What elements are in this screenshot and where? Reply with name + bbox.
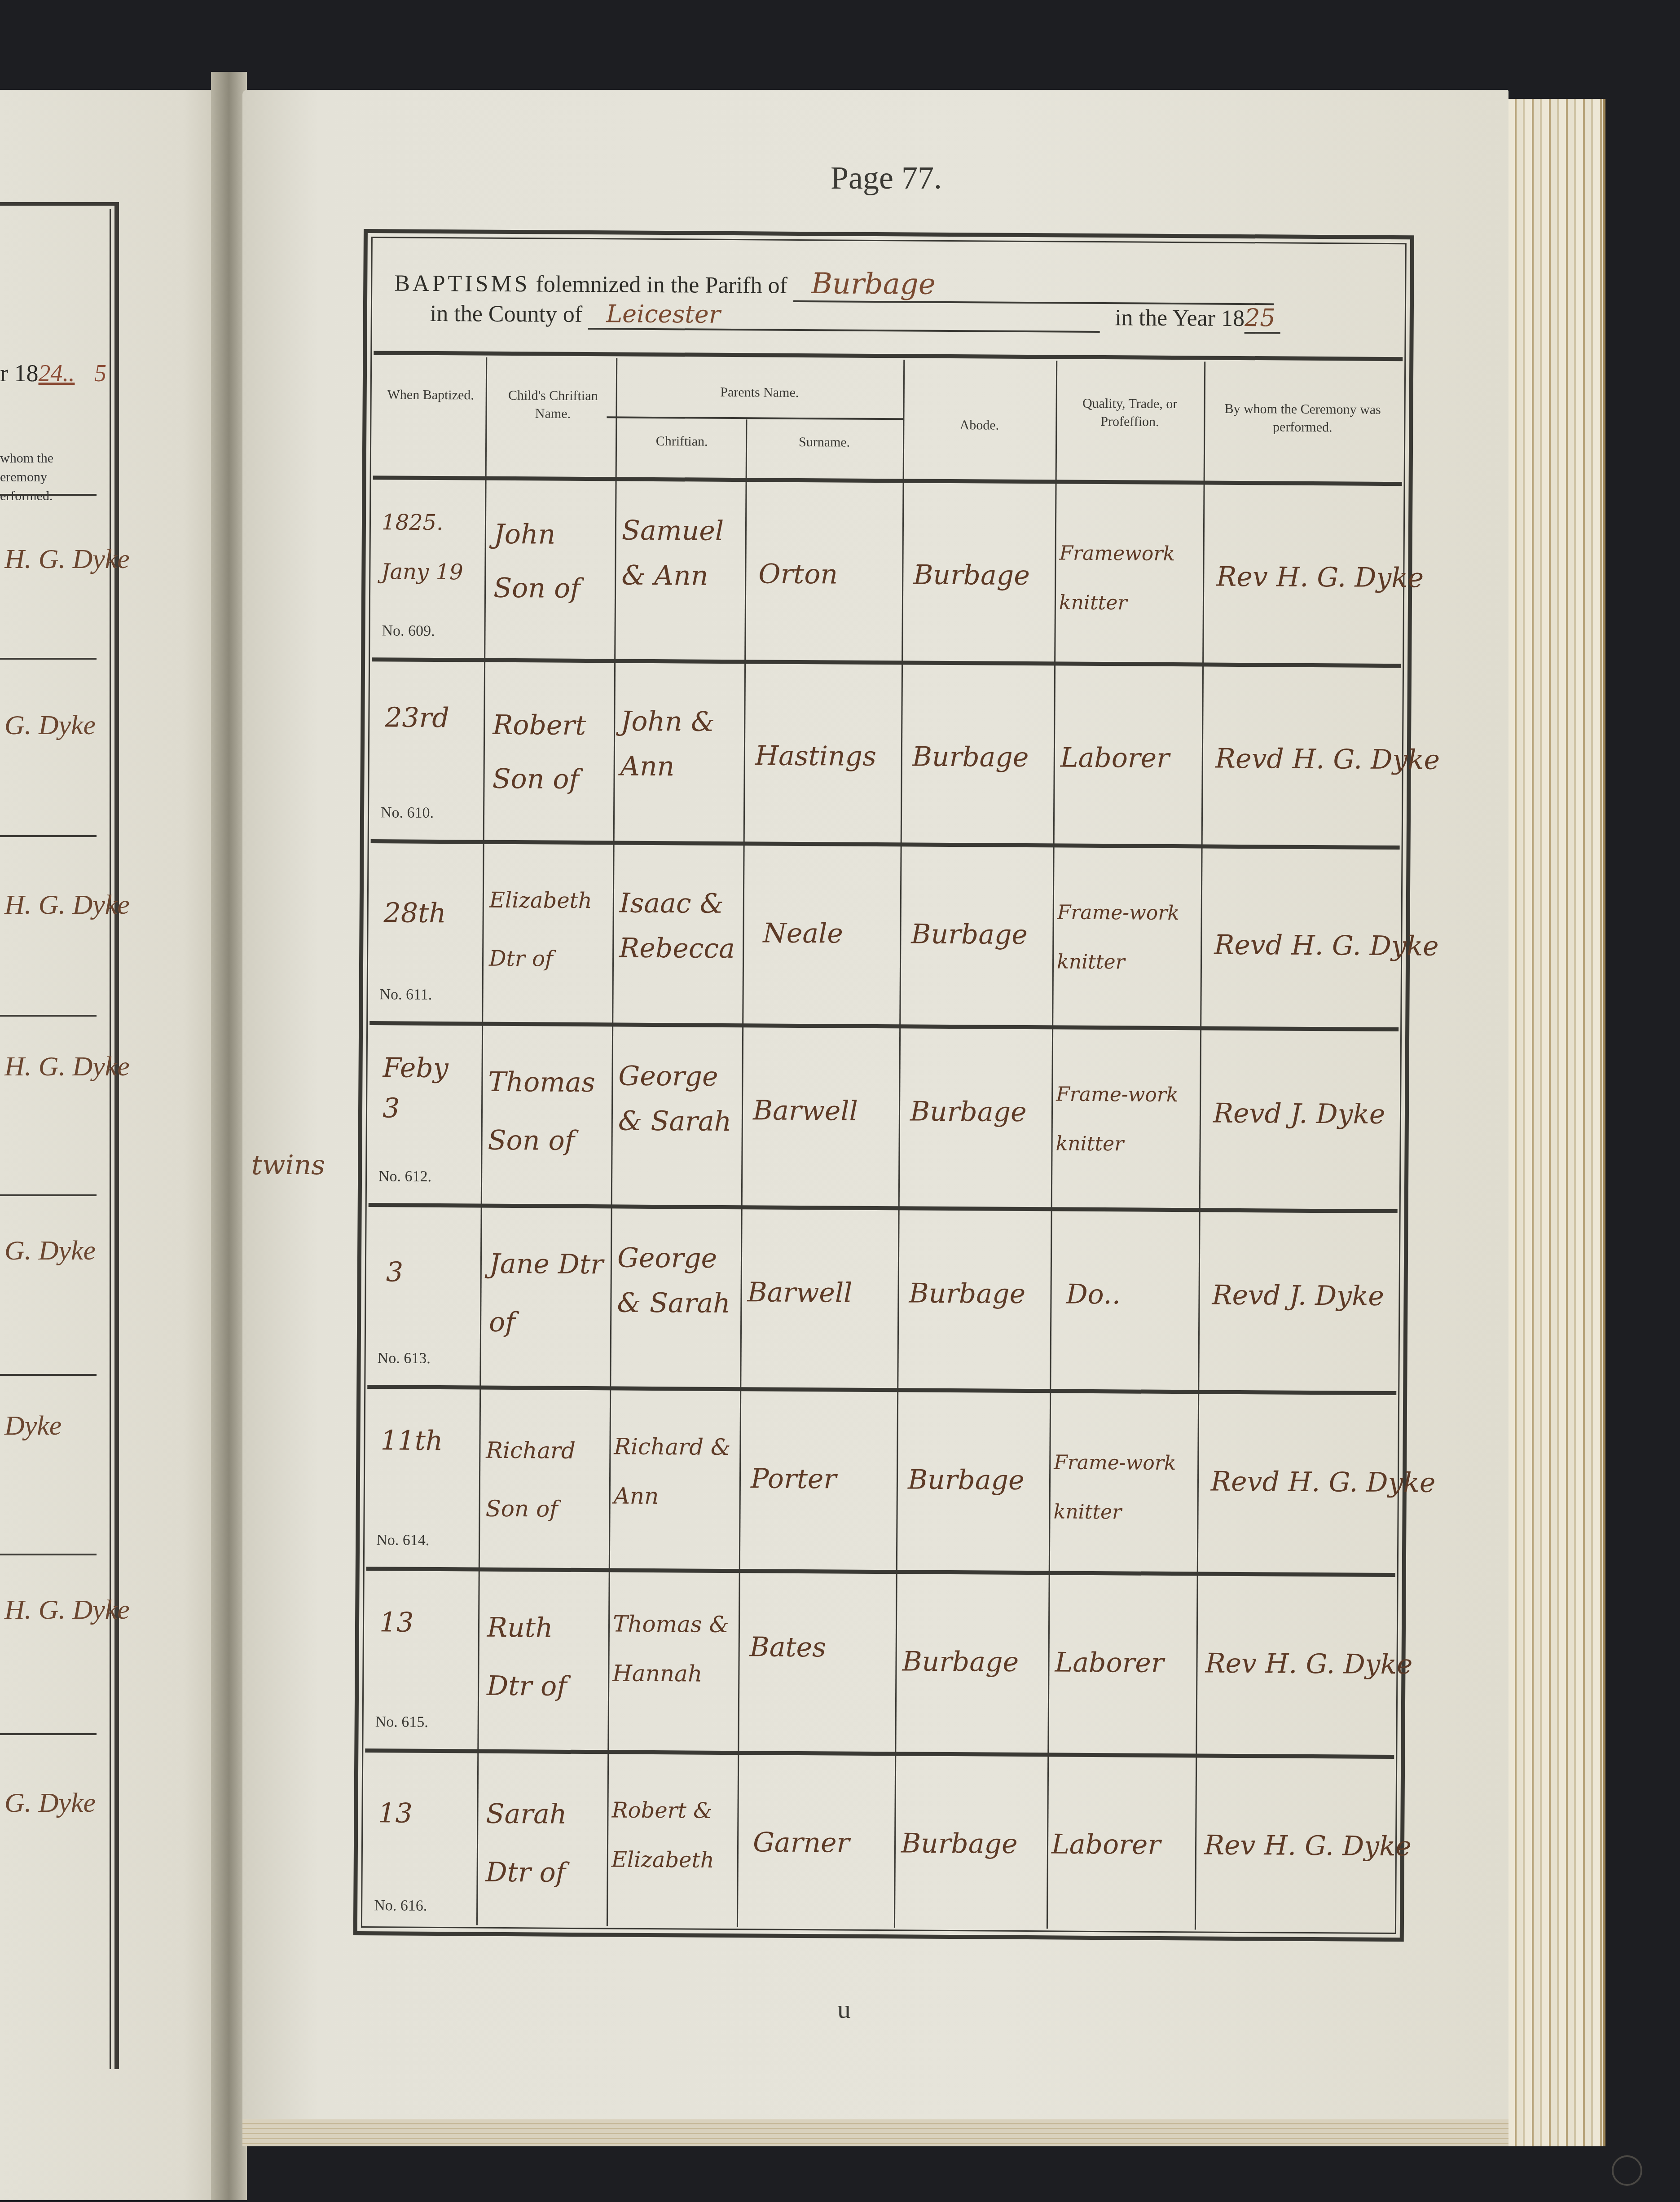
child-name: Elizabeth Dtr of — [489, 871, 611, 989]
register-county-line: in the County of Leicester in the Year 1… — [430, 299, 1281, 334]
entry-number: No. 610. — [381, 804, 434, 822]
trade: Framework knitter — [1059, 528, 1199, 628]
col-quality: Quality, Trade, or Profeffion. — [1058, 394, 1201, 431]
col-abode: Abode. — [905, 416, 1053, 435]
trade: Laborer — [1060, 742, 1170, 774]
page-edges — [1500, 99, 1605, 2146]
abode: Burbage — [901, 1828, 1018, 1860]
entry-number: No. 612. — [378, 1168, 431, 1185]
child-name: John Son of — [493, 507, 611, 616]
parents-christian: Richard & Ann — [613, 1422, 737, 1521]
entry-date: 11th — [380, 1425, 443, 1457]
entry-date: 13 — [378, 1797, 413, 1829]
col-child-name: Child's Chriftian Name. — [490, 387, 616, 423]
divider — [0, 1194, 97, 1196]
left-officiant: G. Dyke — [4, 1235, 96, 1267]
entry-number: No. 616. — [374, 1897, 427, 1915]
left-page-header-fragment: whom the eremony erformed. — [0, 449, 103, 506]
book-gutter — [211, 72, 247, 2200]
parents-surname: Barwell — [747, 1277, 852, 1308]
trade: Do.. — [1066, 1279, 1121, 1311]
divider — [374, 351, 1403, 361]
divider — [0, 1733, 97, 1735]
abode: Burbage — [909, 1277, 1025, 1310]
trade: Frame-work knitter — [1053, 1438, 1193, 1537]
parents-surname: Bates — [750, 1631, 827, 1663]
child-name: Thomas Son of — [488, 1053, 610, 1171]
entry-date: 3 — [386, 1256, 404, 1288]
divider — [0, 658, 97, 660]
col-by-whom: By whom the Ceremony was performed. — [1206, 400, 1399, 437]
child-name: Jane Dtr of — [489, 1235, 607, 1352]
entry-number: No. 614. — [376, 1532, 429, 1549]
parents-surname: Garner — [753, 1827, 850, 1858]
bottom-page-edges — [242, 2119, 1508, 2146]
divider — [0, 1374, 97, 1376]
register-entry: 3No. 613. Jane Dtr of George & Sarah Bar… — [367, 1207, 1397, 1395]
county-field: Leicester — [588, 299, 1100, 333]
parents-surname: Hastings — [755, 740, 876, 772]
officiant: Revd J. Dyke — [1212, 1280, 1384, 1312]
col-parents-name: Parents Name. — [618, 383, 901, 402]
entry-date: 23rd — [385, 702, 449, 734]
year-field: 25 — [1245, 304, 1280, 334]
register-entry: 13No. 616. Sarah Dtr of Robert & Elizabe… — [364, 1753, 1394, 1938]
entry-date: 28th — [383, 897, 446, 929]
officiant: Revd H. G. Dyke — [1214, 929, 1439, 962]
trade: Laborer — [1055, 1647, 1164, 1678]
parents-christian: Isaac & Rebecca — [619, 881, 741, 972]
divider — [0, 1015, 97, 1017]
left-officiant: G. Dyke — [4, 709, 96, 741]
register-entry: 23rdNo. 610. Robert Son of John & Ann Ha… — [371, 661, 1401, 850]
abode: Burbage — [913, 559, 1030, 591]
officiant: Revd J. Dyke — [1213, 1098, 1385, 1130]
trade: Frame-work knitter — [1055, 1070, 1195, 1169]
parents-christian: Samuel & Ann — [621, 508, 743, 599]
parents-surname: Barwell — [753, 1095, 858, 1127]
entry-number: No. 613. — [378, 1350, 431, 1367]
parents-christian: Thomas & Hannah — [612, 1599, 736, 1699]
page-number: Page 77. — [831, 159, 942, 197]
officiant: Rev H. G. Dyke — [1204, 1830, 1412, 1863]
register-entry: Feby 3No. 612. Thomas Son of George & Sa… — [369, 1025, 1399, 1213]
officiant: Revd H. G. Dyke — [1211, 1466, 1436, 1499]
parents-christian: Robert & Elizabeth — [611, 1785, 739, 1885]
left-officiant: H. G. Dyke — [4, 543, 130, 575]
left-officiant: H. G. Dyke — [4, 1594, 130, 1626]
col-parents-christian: Chriftian. — [618, 432, 746, 451]
abode: Burbage — [910, 1096, 1027, 1128]
left-officiant: Dyke — [4, 1410, 62, 1442]
divider — [0, 835, 97, 837]
margin-note-twins: twins — [251, 1149, 325, 1181]
abode: Burbage — [912, 741, 1029, 773]
divider — [0, 1554, 97, 1555]
child-name: Robert Son of — [492, 698, 609, 807]
register-entry: 13No. 615. Ruth Dtr of Thomas & Hannah B… — [365, 1571, 1395, 1759]
parents-christian: John & Ann — [620, 699, 742, 790]
left-officiant: H. G. Dyke — [4, 1051, 130, 1083]
register-entry: 28thNo. 611. Elizabeth Dtr of Isaac & Re… — [369, 843, 1399, 1031]
register-entry: 1825. Jany 19 No. 609. John Son of Samue… — [372, 480, 1402, 668]
baptism-register-table: BAPTISMS folemnized in the Parifh of Bur… — [353, 229, 1414, 1942]
officiant: Revd H. G. Dyke — [1215, 743, 1440, 776]
left-officiant: H. G. Dyke — [4, 889, 130, 921]
entry-date: 13 — [379, 1607, 414, 1638]
trade: Frame-work knitter — [1057, 888, 1196, 987]
col-parents-surname: Surname. — [748, 433, 901, 452]
col-when-baptized: When Baptized. — [376, 386, 486, 404]
entry-date: 1825. Jany 19 — [381, 498, 471, 597]
entry-number: No. 615. — [375, 1713, 428, 1731]
abode: Burbage — [902, 1646, 1019, 1678]
parish-field: Burbage — [793, 267, 1274, 305]
divider — [0, 494, 97, 496]
child-name: Ruth Dtr of — [487, 1599, 604, 1716]
officiant: Rev H. G. Dyke — [1216, 561, 1424, 594]
entry-date: Feby 3 — [383, 1048, 437, 1129]
parents-surname: Porter — [751, 1463, 836, 1495]
divider — [607, 416, 903, 420]
left-page: r 1824.. 5 whom the eremony erformed. H.… — [0, 90, 229, 2200]
entry-number: No. 609. — [382, 622, 435, 640]
corner-stamp-icon — [1612, 2155, 1642, 2186]
child-name: Richard Son of — [485, 1421, 607, 1539]
left-page-year: r 1824.. 5 — [0, 359, 106, 387]
parents-christian: George & Sarah — [617, 1235, 739, 1326]
officiant: Rev H. G. Dyke — [1205, 1648, 1412, 1681]
abode: Burbage — [911, 918, 1028, 951]
signature-mark: u — [837, 1994, 851, 2025]
left-officiant: G. Dyke — [4, 1787, 96, 1819]
abode: Burbage — [908, 1464, 1025, 1496]
register-entry: 11thNo. 614. Richard Son of Richard & An… — [366, 1389, 1396, 1577]
parents-surname: Neale — [763, 917, 843, 949]
trade: Laborer — [1051, 1828, 1161, 1860]
entry-number: No. 611. — [379, 986, 432, 1004]
parents-christian: George & Sarah — [618, 1054, 740, 1145]
parents-surname: Orton — [758, 558, 838, 590]
child-name: Sarah Dtr of — [485, 1785, 603, 1903]
